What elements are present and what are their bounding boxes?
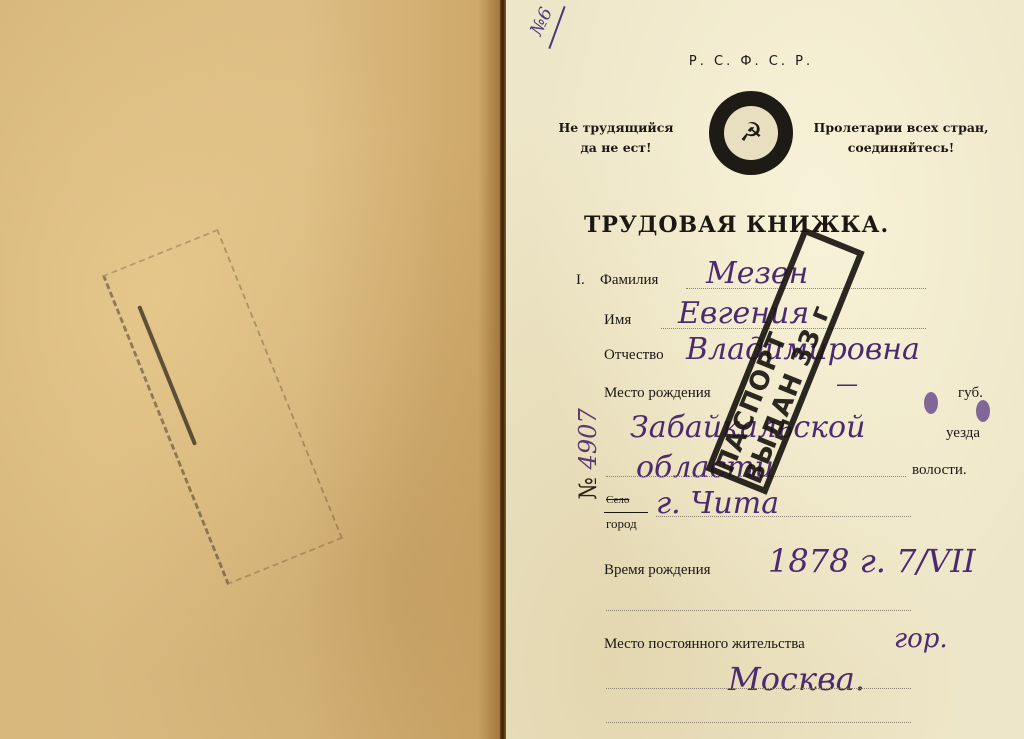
motto-right: Пролетарии всех стран, соединяйтесь! bbox=[806, 118, 996, 158]
residence-value-line1: гор. bbox=[894, 624, 948, 654]
birthplace-label: Место рождения bbox=[604, 385, 711, 402]
uyezd-suffix: уезда bbox=[946, 425, 980, 442]
surname-label: Фамилия bbox=[600, 272, 658, 289]
empty-line bbox=[606, 610, 911, 611]
guberniya-suffix: губ. bbox=[958, 385, 983, 402]
settlement-label: город bbox=[606, 516, 637, 532]
fraction-line bbox=[604, 512, 648, 513]
right-page-title-page: №6 Р. С. Ф. С. Р. Не трудящийся да не ес… bbox=[506, 0, 1024, 739]
rsfsr-coat-of-arms-icon: ☭ bbox=[709, 91, 793, 175]
faded-stamp-imprint bbox=[102, 229, 343, 586]
ink-blot bbox=[976, 400, 990, 422]
motto-left: Не трудящийся да не ест! bbox=[546, 118, 686, 158]
residence-value-line2: Москва. bbox=[728, 660, 865, 698]
birth-date-label: Время рождения bbox=[604, 562, 711, 579]
residence-label: Место постоянного жительства bbox=[604, 636, 805, 653]
settlement-line bbox=[656, 516, 911, 517]
hammer-sickle-icon: ☭ bbox=[724, 106, 778, 160]
section-number: I. bbox=[576, 272, 585, 289]
ink-blot bbox=[924, 392, 938, 414]
left-page-inner-cover bbox=[0, 0, 503, 739]
empty-line bbox=[606, 722, 911, 723]
document-title: ТРУДОВАЯ КНИЖКА. bbox=[584, 212, 889, 238]
volost-suffix: волости. bbox=[912, 462, 967, 479]
name-label: Имя bbox=[604, 312, 631, 329]
birth-date-value: 1878 г. 7/VII bbox=[768, 542, 976, 580]
republic-heading: Р. С. Ф. С. Р. bbox=[686, 54, 816, 69]
settlement-label-struck: Село bbox=[606, 494, 629, 506]
patronymic-label: Отчество bbox=[604, 347, 664, 364]
serial-number: № 4907 bbox=[574, 374, 602, 534]
guberniya-value: — bbox=[836, 372, 858, 397]
residence-line bbox=[606, 688, 911, 689]
